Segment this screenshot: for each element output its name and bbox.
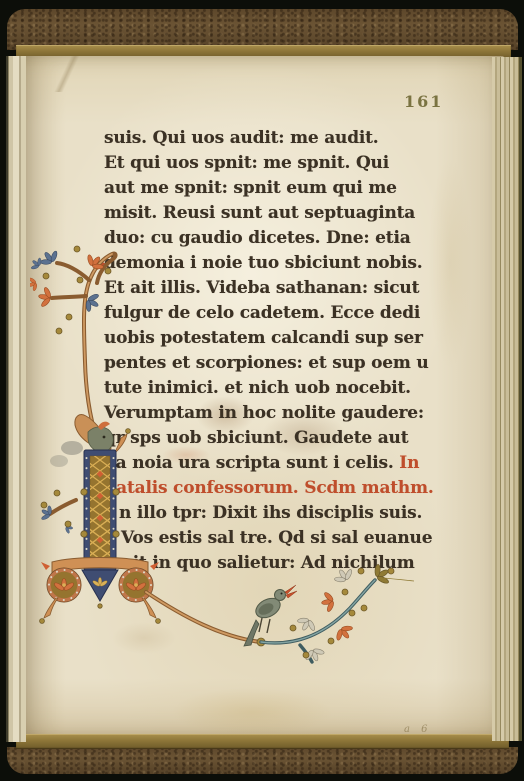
bird-drollery [244, 585, 297, 646]
text-line: aut me spnit: spnit eum qui me [104, 176, 440, 201]
manuscript-photo: 161 suis. Qui uos audit: me audit. Et qu… [0, 0, 524, 781]
bottom-vine [146, 560, 414, 664]
gilt-edge-bottom [16, 734, 509, 749]
quire-signature: a 6 [404, 724, 432, 735]
parchment-crease [20, 56, 116, 92]
initial-base-roundel [119, 568, 153, 602]
text-line: suis. Qui uos audit: me audit. [104, 126, 440, 151]
text-line: Et qui uos spnit: me spnit. Qui [104, 151, 440, 176]
illumination-layer [30, 230, 460, 675]
page-edges-right [492, 57, 522, 741]
binding-leather-top [7, 9, 518, 50]
illuminated-initial-I [40, 415, 161, 624]
binding-leather-bottom [7, 747, 518, 774]
initial-base-roundel [47, 568, 81, 602]
folio-number: 161 [404, 92, 443, 111]
page-edges-left [6, 56, 26, 742]
text-line: misit. Reusi sunt aut septuaginta [104, 201, 440, 226]
